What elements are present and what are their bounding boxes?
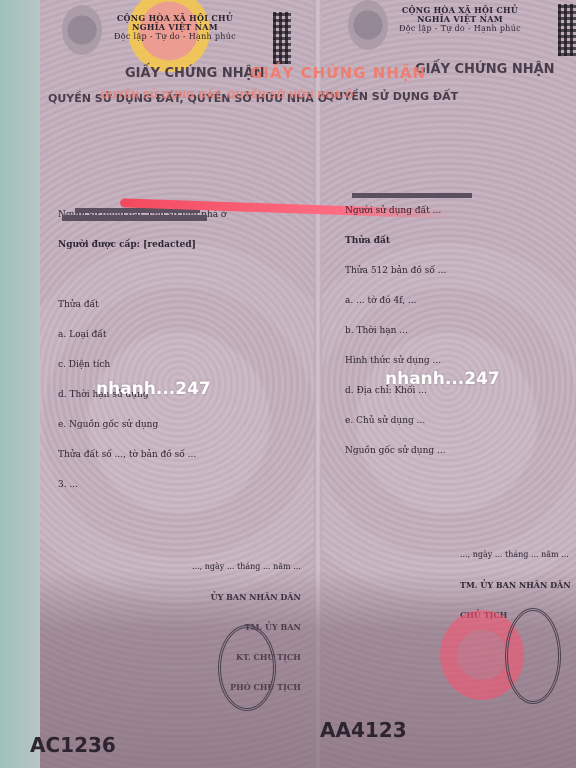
left-line: c. Diện tích: [58, 360, 226, 370]
left-line: Người được cấp: [redacted]: [58, 240, 226, 250]
left-body: Người sử dụng đất, chủ sở hữu nhà ở Ngườ…: [58, 190, 226, 500]
right-body: Người sử dụng đất ... Thửa đất Thửa 512 …: [345, 186, 446, 466]
background-edge: [0, 0, 40, 768]
national-emblem-icon-right: [348, 0, 388, 50]
right-title: GIẤY CHỨNG NHẬN: [415, 62, 555, 77]
left-header-line-2: Độc lập - Tự do - Hạnh phúc: [110, 32, 240, 41]
right-line: Thửa đất: [345, 236, 446, 246]
right-line: e. Chủ sử dụng ...: [345, 416, 446, 426]
right-line: Thửa 512 bản đồ số ...: [345, 266, 446, 276]
sign-line: ..., ngày ... tháng ... năm ...: [460, 550, 571, 560]
spacer: [58, 270, 226, 280]
left-line: e. Nguồn gốc sử dụng: [58, 420, 226, 430]
right-header-line-2: Độc lập - Tự do - Hạnh phúc: [395, 24, 525, 33]
left-header: CỘNG HÒA XÃ HỘI CHỦ NGHĨA VIỆT NAM Độc l…: [110, 14, 240, 41]
right-line: Người sử dụng đất ...: [345, 206, 446, 216]
right-line: b. Thời hạn ...: [345, 326, 446, 336]
left-serial-number: AC1236: [30, 733, 116, 757]
right-line: Hình thức sử dụng ...: [345, 356, 446, 366]
left-qr-code-icon: [273, 12, 291, 64]
left-line: Thửa đất: [58, 300, 226, 310]
left-line: Thửa đất số ..., tờ bản đồ số ...: [58, 450, 226, 460]
right-watermark: nhanh...247: [385, 372, 500, 387]
official-stamp-left: [218, 625, 276, 711]
left-line: a. Loại đất: [58, 330, 226, 340]
redaction-bar: [62, 215, 207, 221]
right-header: CỘNG HÒA XÃ HỘI CHỦ NGHĨA VIỆT NAM Độc l…: [395, 6, 525, 33]
left-line: 3. ...: [58, 480, 226, 490]
right-header-line-1: CỘNG HÒA XÃ HỘI CHỦ NGHĨA VIỆT NAM: [395, 6, 525, 24]
right-serial-number: AA4123: [320, 718, 407, 742]
right-line: a. ... tờ đó 4f, ...: [345, 296, 446, 306]
red-overlay-subtitle: QUYỀN SỬ DỤNG ĐẤT, QUYỀN SỞ HỮU NHÀ Ở: [100, 90, 354, 101]
right-line: Nguồn gốc sử dụng ...: [345, 446, 446, 456]
left-title: GIẤY CHỨNG NHẬN: [125, 66, 265, 81]
left-header-line-1: CỘNG HÒA XÃ HỘI CHỦ NGHĨA VIỆT NAM: [110, 14, 240, 32]
redaction-bar: [352, 193, 472, 198]
official-stamp-right: [505, 608, 561, 704]
left-watermark: nhanh...247: [96, 382, 211, 397]
red-overlay-title: GIẤY CHỨNG NHẬN: [250, 64, 426, 82]
national-emblem-icon: [62, 5, 102, 55]
right-qr-code-icon: [558, 4, 576, 56]
